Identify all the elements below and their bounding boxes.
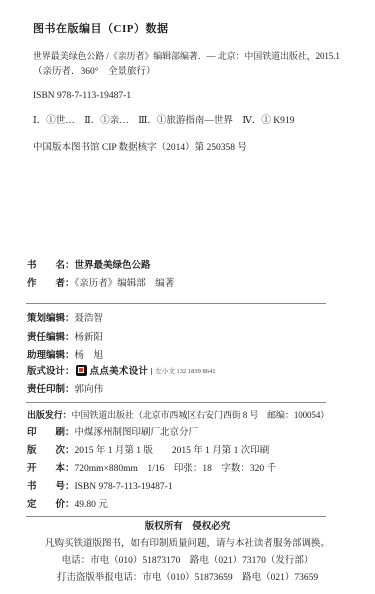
cip-record-line: 世界最美绿色公路 /《亲历者》编辑部编著．— 北京：中国铁道出版社，2015.1: [33, 51, 340, 62]
book-title-row: 书 名：世界最美绿色公路: [27, 261, 151, 273]
executive-editor-label: 责任编辑：: [27, 333, 75, 343]
divider-top: [26, 303, 326, 304]
cip-series-line: （亲历者．360° 全景旅行）: [33, 67, 156, 79]
cip-isbn-line: ISBN 978-7-113-19487-1: [33, 91, 131, 103]
price-label: 定 价：: [27, 500, 75, 510]
cip-verification-line: 中国版本图书馆 CIP 数据核字（2014）第 250358 号: [33, 143, 247, 155]
exchange-notice: 凡购买铁道版图书，如有印制质量问题，请与本社读者服务部调换。: [0, 539, 375, 551]
cip-header: 图书在版编目（CIP）数据: [33, 23, 168, 37]
book-author-label: 作 者：: [27, 279, 75, 289]
printer-label: 印 刷：: [27, 428, 75, 438]
edition: 2015 年 1 月第 1 版 2015 年 1 月第 1 次印刷: [75, 446, 270, 456]
design-studio-logo-dot: [78, 367, 84, 373]
sales-phone-line: 电话：市电（010）51873170 路电（021）73170（发行部）: [0, 556, 375, 568]
price: 49.80 元: [75, 500, 108, 510]
isbn-row: 书 号：ISBN 978-7-113-19487-1: [27, 482, 173, 494]
publisher: 中国铁道出版社（北京市西城区右安门西街 8 号 邮编：100054）: [72, 410, 330, 420]
design-studio-name: 点点美术设计: [90, 367, 149, 377]
print-supervisor-label: 责任印制：: [27, 385, 75, 395]
copyright-page: 图书在版编目（CIP）数据 世界最美绿色公路 /《亲历者》编辑部编著．— 北京：…: [0, 0, 375, 594]
planning-editor: 聂浩智: [75, 314, 104, 324]
book-author: 《亲历者》编辑部 编著: [75, 279, 175, 289]
assistant-editor-label: 助理编辑：: [27, 351, 75, 361]
divider-bottom: [26, 516, 326, 517]
planning-editor-row: 策划编辑：聂浩智: [27, 314, 103, 326]
cip-classification-line: Ⅰ．①世… Ⅱ．①亲… Ⅲ．①旅游指南—世界 Ⅳ．① K919: [33, 116, 294, 128]
divider-middle: [26, 402, 326, 403]
format: 720mm×880mm 1/16 印张：18 字数：320 千: [75, 464, 276, 474]
piracy-hotline-line: 打击盗版举报电话：市电（010）51873659 路电（021）73659: [0, 573, 375, 585]
publisher-label: 出版发行：: [27, 410, 72, 420]
printer-row: 印 刷：中煤涿州制图印刷厂北京分厂: [27, 428, 198, 440]
format-label: 开 本：: [27, 464, 75, 474]
print-supervisor-row: 责任印制：郭向伟: [27, 385, 103, 397]
copyright-notice: 版权所有 侵权必究: [0, 522, 375, 534]
design-studio-logo-icon: [76, 365, 87, 376]
design-studio-contact: 左小文 132 1839 8641: [151, 368, 215, 375]
book-title-label: 书 名：: [27, 261, 75, 271]
price-row: 定 价：49.80 元: [27, 500, 108, 512]
book-author-row: 作 者：《亲历者》编辑部 编著: [27, 279, 174, 291]
printer: 中煤涿州制图印刷厂北京分厂: [75, 428, 199, 438]
edition-row: 版 次：2015 年 1 月第 1 版 2015 年 1 月第 1 次印刷: [27, 446, 269, 458]
book-title: 世界最美绿色公路: [75, 261, 151, 271]
layout-design-label: 版式设计：: [27, 367, 75, 377]
layout-design-row: 版式设计：点点美术设计左小文 132 1839 8641: [27, 365, 215, 379]
print-supervisor: 郭向伟: [75, 385, 104, 395]
planning-editor-label: 策划编辑：: [27, 314, 75, 324]
executive-editor: 杨新阳: [75, 333, 104, 343]
assistant-editor: 杨 旭: [75, 351, 104, 361]
format-row: 开 本：720mm×880mm 1/16 印张：18 字数：320 千: [27, 464, 276, 476]
isbn-label: 书 号：: [27, 482, 75, 492]
assistant-editor-row: 助理编辑：杨 旭: [27, 351, 103, 363]
isbn: ISBN 978-7-113-19487-1: [75, 482, 173, 492]
edition-label: 版 次：: [27, 446, 75, 456]
executive-editor-row: 责任编辑：杨新阳: [27, 333, 103, 345]
publisher-row: 出版发行：中国铁道出版社（北京市西城区右安门西街 8 号 邮编：100054）: [27, 410, 329, 421]
